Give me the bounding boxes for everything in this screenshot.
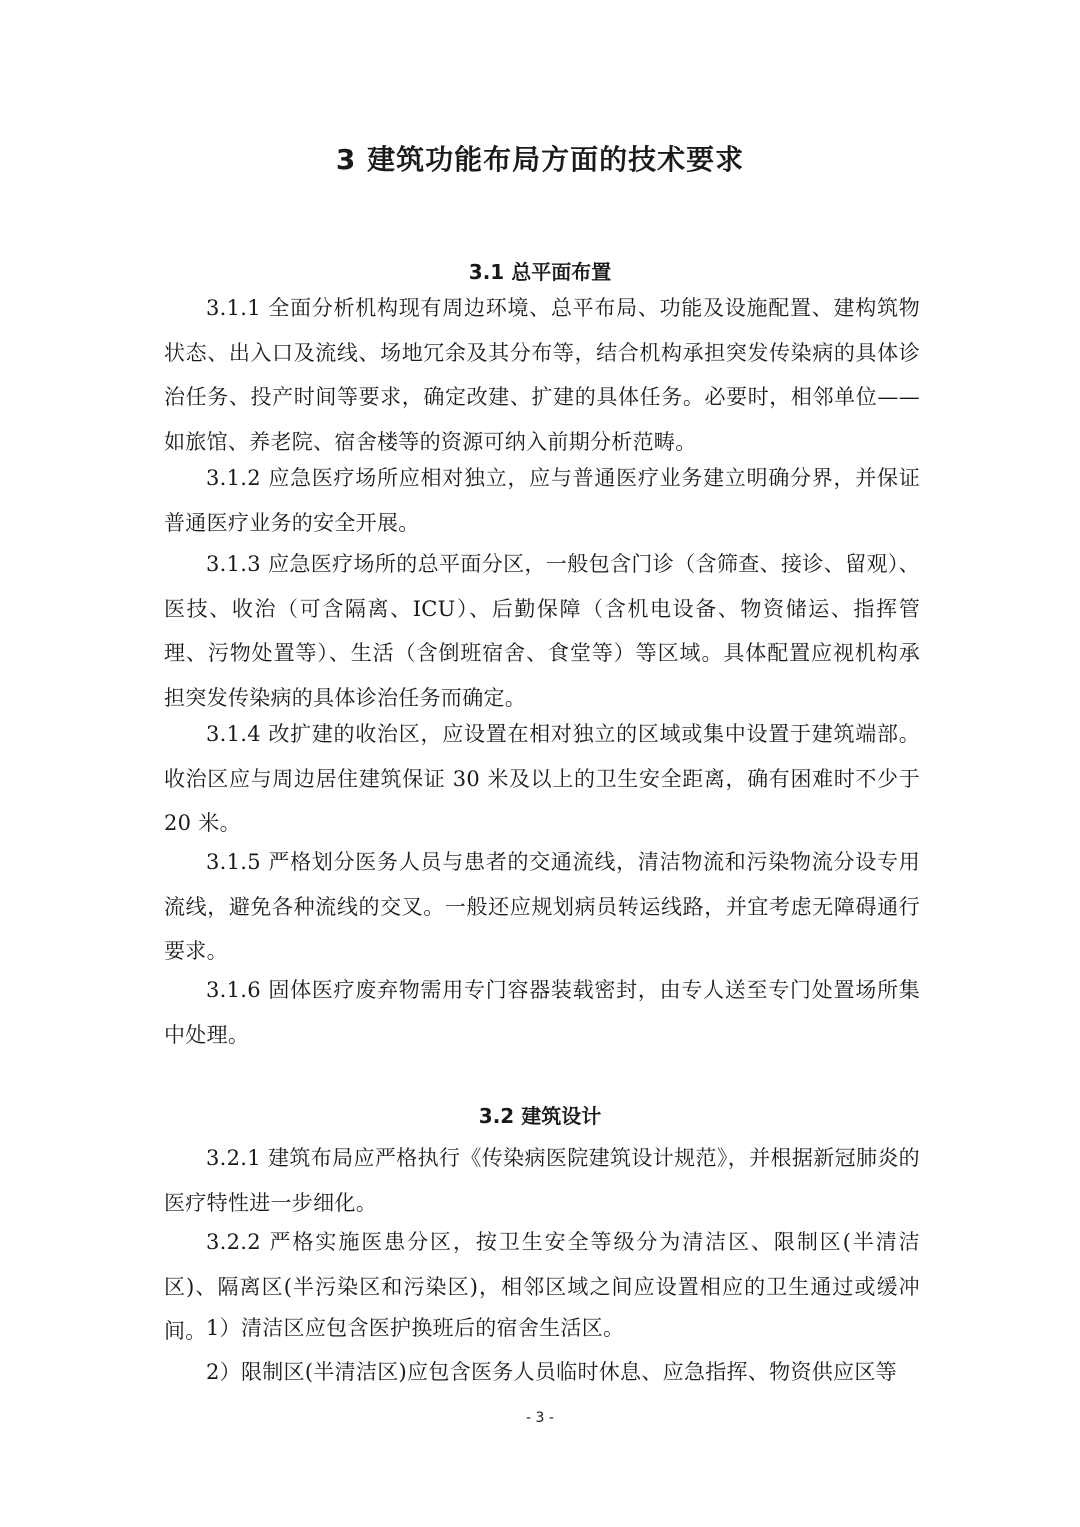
section-title-3-1: 3.1 总平面布置: [0, 256, 1080, 285]
paragraph-3-1-1: 3.1.1 全面分析机构现有周边环境、总平布局、功能及设施配置、建构筑物状态、出…: [164, 286, 920, 464]
section-title-3-2: 3.2 建筑设计: [0, 1100, 1080, 1129]
paragraph-3-2-1: 3.2.1 建筑布局应严格执行《传染病医院建筑设计规范》，并根据新冠肺炎的医疗特…: [164, 1136, 920, 1225]
paragraph-3-1-6: 3.1.6 固体医疗废弃物需用专门容器装载密封，由专人送至专门处置场所集中处理。: [164, 968, 920, 1057]
paragraph-3-1-4: 3.1.4 改扩建的收治区，应设置在相对独立的区域或集中设置于建筑端部。收治区应…: [164, 712, 920, 846]
paragraph-3-1-3: 3.1.3 应急医疗场所的总平面分区，一般包含门诊（含筛查、接诊、留观）、医技、…: [164, 542, 920, 720]
page-number: - 3 -: [0, 1410, 1080, 1426]
list-item-1: 1）清洁区应包含医护换班后的宿舍生活区。: [164, 1306, 920, 1351]
list-item-2: 2）限制区(半清洁区)应包含医务人员临时休息、应急指挥、物资供应区等: [164, 1350, 920, 1395]
paragraph-3-1-5: 3.1.5 严格划分医务人员与患者的交通流线，清洁物流和污染物流分设专用流线，避…: [164, 840, 920, 974]
paragraph-3-1-2: 3.1.2 应急医疗场所应相对独立，应与普通医疗业务建立明确分界，并保证普通医疗…: [164, 456, 920, 545]
document-page: 3 建筑功能布局方面的技术要求 3.1 总平面布置 3.1.1 全面分析机构现有…: [0, 0, 1080, 1527]
chapter-title: 3 建筑功能布局方面的技术要求: [0, 138, 1080, 178]
